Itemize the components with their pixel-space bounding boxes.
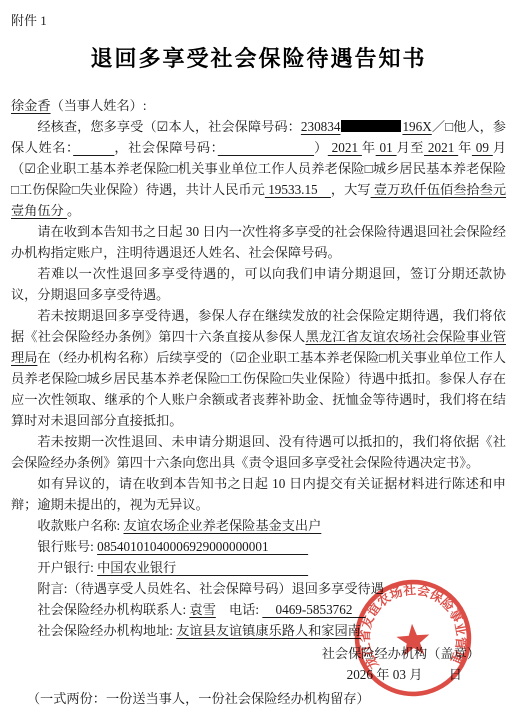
filled-in-value: 友谊农场企业养老保险基金支出户 xyxy=(123,518,321,533)
para-objection: 如有异议的，请在收到本告知书之日起 10 日内提交有关证据材料进行陈述和申辩；逾… xyxy=(11,473,506,515)
static-text: 社会保险经办机构联系人: xyxy=(37,602,189,617)
static-text: 社会保险经办机构地址: xyxy=(37,623,176,638)
filled-in-value: 230834 xyxy=(301,119,341,134)
static-text: 年 xyxy=(458,140,472,155)
para-return-30days: 请在收到本告知书之日起 30 日内一次性将多享受的社会保险待遇退回社会保险经办机… xyxy=(11,221,506,263)
filled-in-value: 196X xyxy=(402,119,431,134)
notice-document: 附件 1 退回多享受社会保险待遇告知书 徐金香（当事人姓名）:经核查，您多享受（… xyxy=(0,0,517,723)
filled-in-value xyxy=(73,140,114,155)
static-text: 收款账户名称: xyxy=(37,518,123,533)
filled-in-value xyxy=(218,140,314,155)
static-text: 月至 xyxy=(397,140,425,155)
static-text: 如有异议的，请在收到本告知书之日起 10 日内提交有关证据材料进行陈述和申辩；逾… xyxy=(11,476,506,512)
line-bank-account: 银行账号: 08540101040006929000000001 xyxy=(11,536,506,557)
static-text: 。 xyxy=(67,203,80,218)
filled-in-value: 徐金香 xyxy=(11,98,51,113)
filled-in-value: 0469-5853762 xyxy=(262,602,365,617)
line-remark: 附言:（待遇享受人员姓名、社会保障号码）退回多享受待遇 xyxy=(11,578,506,599)
static-text: 年 xyxy=(362,140,376,155)
signature-org-line: 社会保险经办机构（盖章） xyxy=(11,643,506,664)
static-text: 开户银行: xyxy=(37,560,97,575)
static-text: ，社会保障号码： xyxy=(114,140,217,155)
static-text: 银行账号: xyxy=(37,539,97,554)
signature-block: 社会保险经办机构（盖章） 2026 年 03 月 日 xyxy=(11,643,506,685)
static-text: 若未按期一次性退回、未申请分期退回、没有待遇可以抵扣的，我们将依据《社会保险经办… xyxy=(11,434,506,470)
para-verification: 经核查，您多享受（☑本人，社会保障号码：230834196X／□他人，参保人姓名… xyxy=(11,116,506,221)
static-text: 电话: xyxy=(216,602,263,617)
line-bank-name: 开户银行: 中国农业银行 xyxy=(11,557,506,578)
para-deduction: 若未按期退回多享受待遇，参保人存在继续发放的社会保险定期待遇，我们将依据《社会保… xyxy=(11,305,506,431)
static-text: ，大写 xyxy=(331,182,371,197)
redaction-box xyxy=(341,120,401,132)
document-body: 徐金香（当事人姓名）:经核查，您多享受（☑本人，社会保障号码：230834196… xyxy=(11,95,506,641)
line-account-name: 收款账户名称: 友谊农场企业养老保险基金支出户 xyxy=(11,515,506,536)
filled-in-value: 08540101040006929000000001 xyxy=(97,539,308,554)
line-contact: 社会保险经办机构联系人: 袁雪 电话: 0469-5853762 xyxy=(11,599,506,620)
salutation-line: 徐金香（当事人姓名）: xyxy=(11,95,506,116)
filled-in-value: 01 xyxy=(376,140,397,155)
filled-in-value: 19533.15 xyxy=(265,182,331,197)
filled-in-value: 友谊县友谊镇康乐路人和家园南 xyxy=(176,623,361,638)
signature-date-line: 2026 年 03 月 日 xyxy=(11,664,506,685)
page-title: 退回多享受社会保险待遇告知书 xyxy=(11,45,506,73)
static-text: ） xyxy=(314,140,328,155)
filled-in-value: 袁雪 xyxy=(189,602,215,617)
para-installment: 若难以一次性退回多享受待遇的，可以向我们申请分期退回，签订分期还款协议，分期退回… xyxy=(11,263,506,305)
static-text: 请在收到本告知书之日起 30 日内一次性将多享受的社会保险待遇退回社会保险经办机… xyxy=(11,224,506,260)
static-text: （当事人姓名）: xyxy=(51,98,147,113)
static-text: 经核查，您多享受（☑本人，社会保障号码： xyxy=(37,119,301,134)
para-decision-letter: 若未按期一次性退回、未申请分期退回、没有待遇可以抵扣的，我们将依据《社会保险经办… xyxy=(11,431,506,473)
attachment-label: 附件 1 xyxy=(11,10,506,31)
static-text: 在（经办机构名称）后续享受的（☑企业职工基本养老保险□机关事业单位工作人员养老保… xyxy=(11,350,506,428)
static-text: 附言:（待遇享受人员姓名、社会保障号码）退回多享受待遇 xyxy=(37,581,384,596)
filled-in-value: 2021 xyxy=(424,140,458,155)
line-address: 社会保险经办机构地址: 友谊县友谊镇康乐路人和家园南 xyxy=(11,620,506,641)
filled-in-value: 2021 xyxy=(328,140,362,155)
copies-note: （一式两份：一份送当事人，一份社会保险经办机构留存） xyxy=(11,688,370,709)
filled-in-value: 中国农业银行 xyxy=(97,560,308,575)
filled-in-value: 09 xyxy=(472,140,493,155)
static-text: 若难以一次性退回多享受待遇的，可以向我们申请分期退回，签订分期还款协议，分期退回… xyxy=(11,266,506,302)
